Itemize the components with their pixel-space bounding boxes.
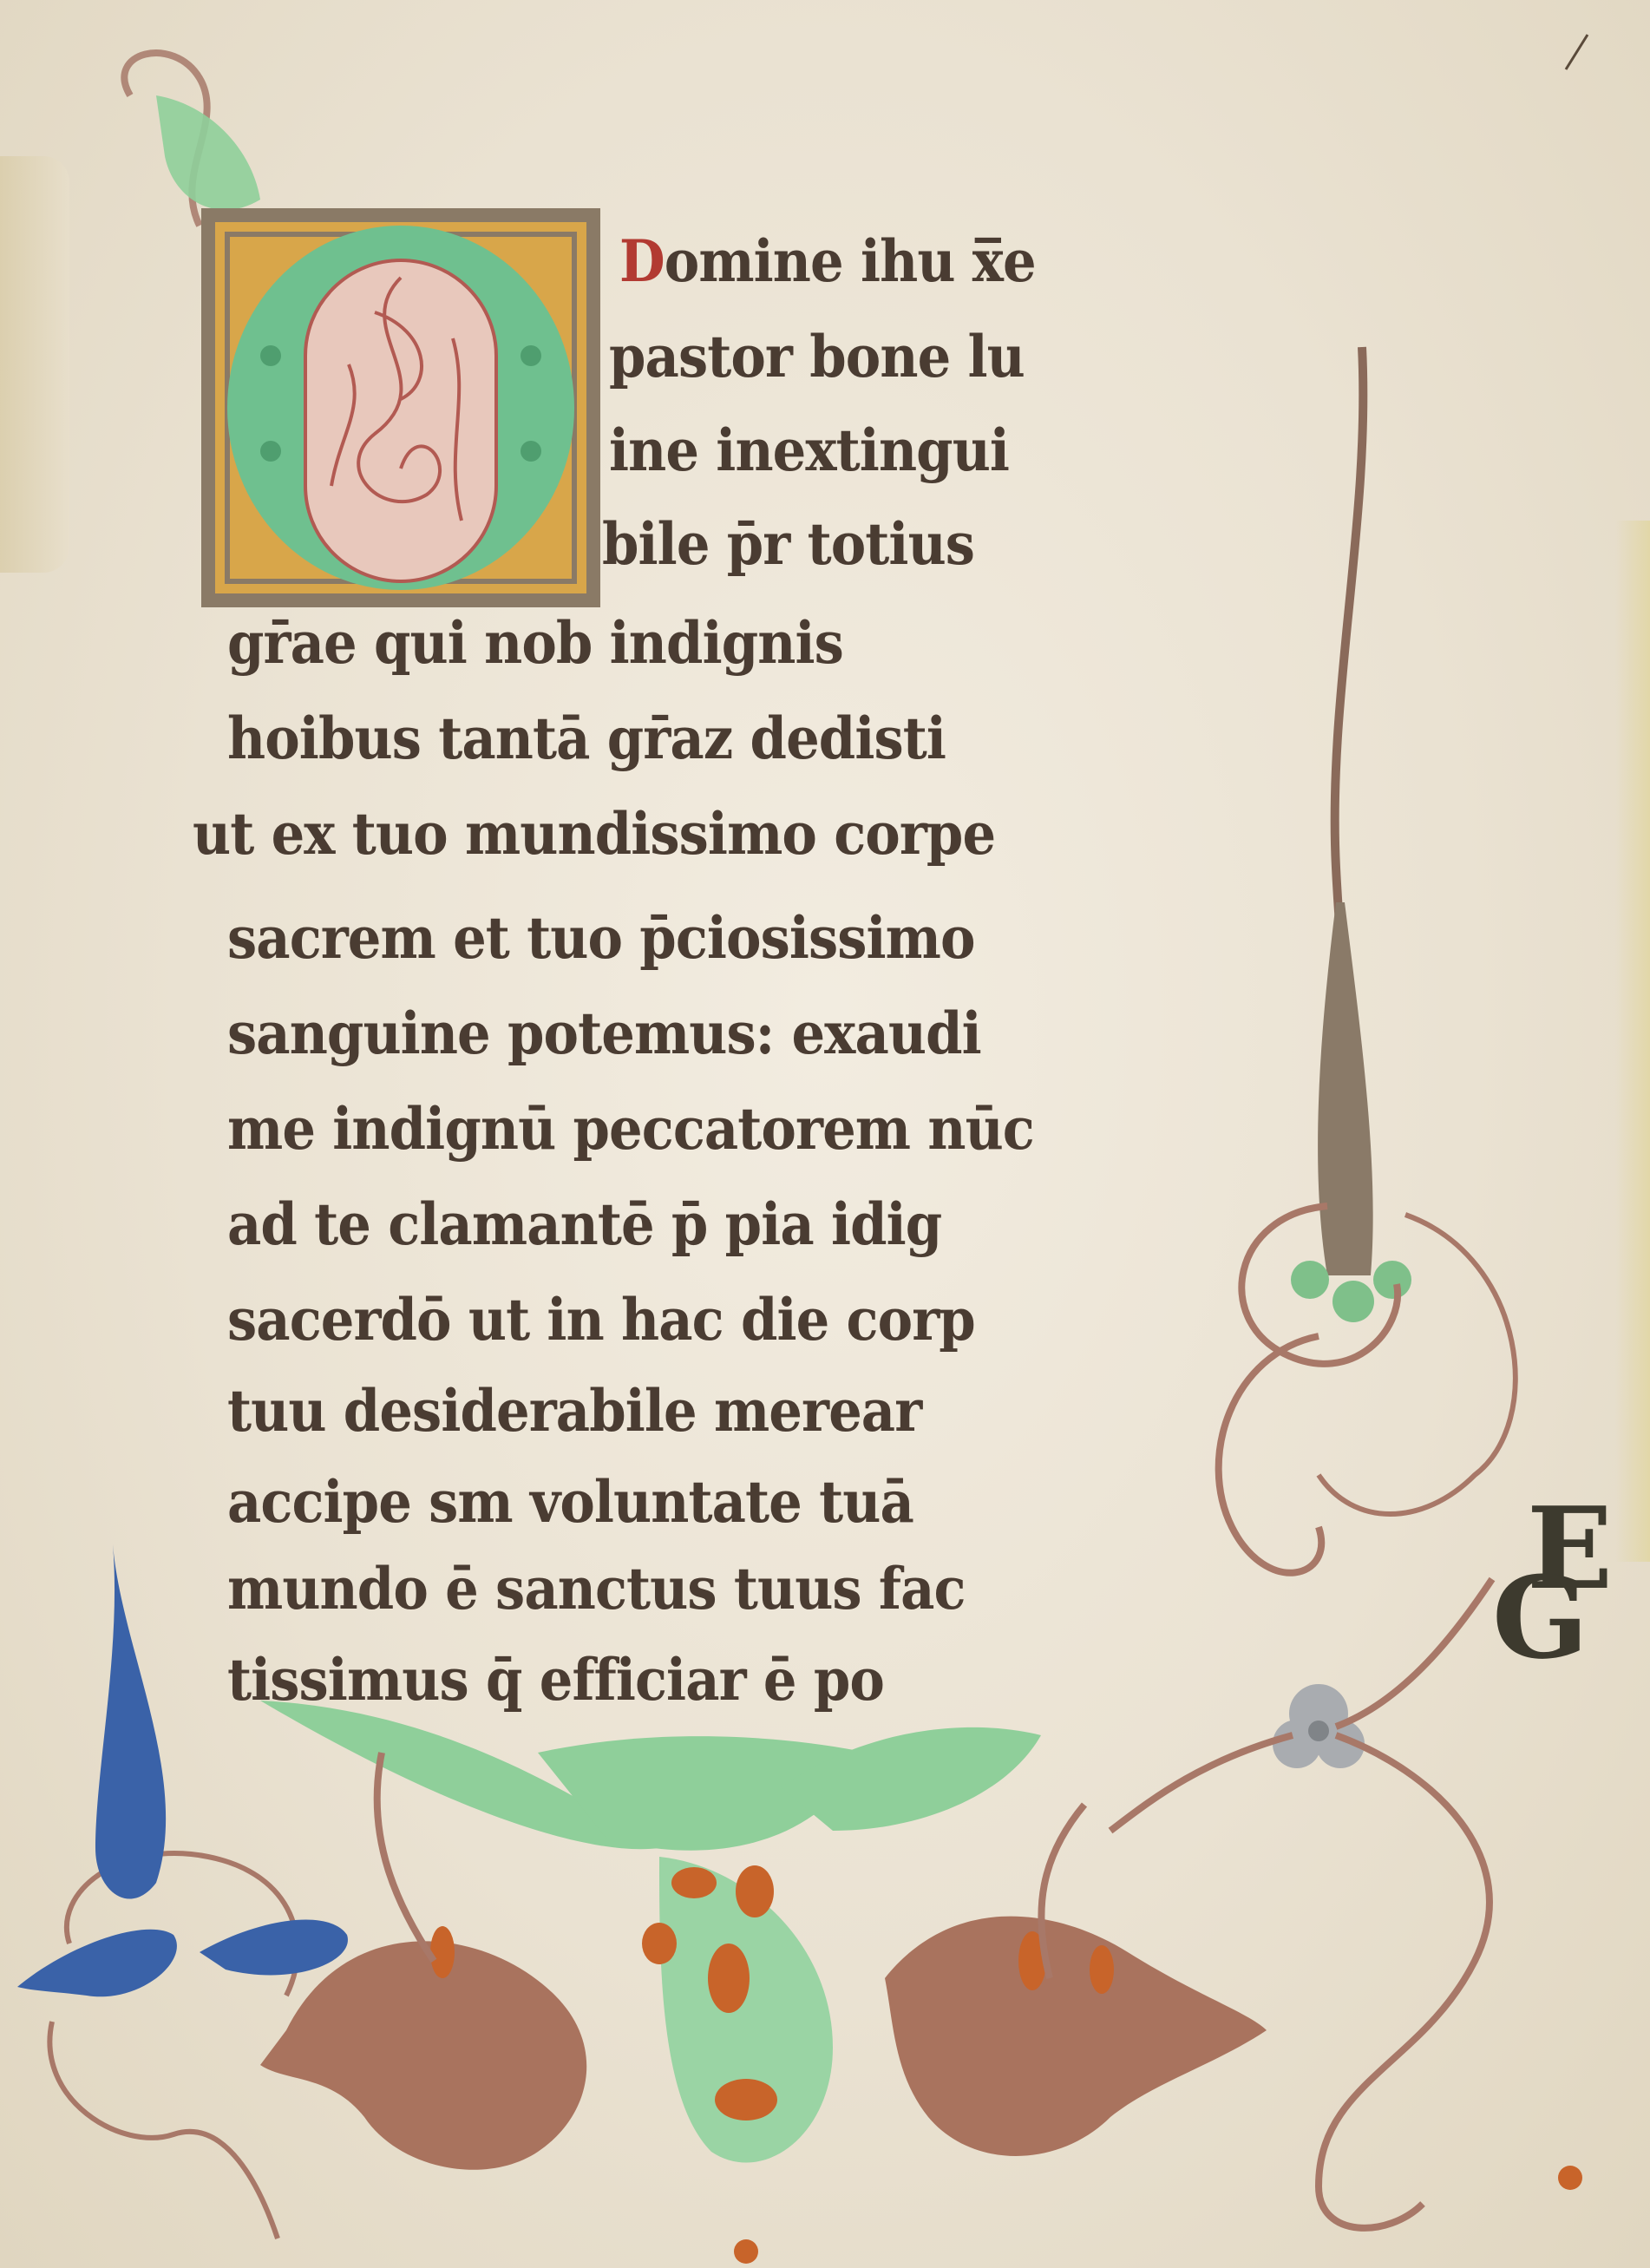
line-text: ine inextingui	[609, 416, 1009, 484]
text-line-7: ut ex tuo mundissimo corpe	[193, 800, 995, 868]
line-text: sanguine potemus: exaudi	[227, 1000, 981, 1067]
line-text: gr̄ae qui nob indignis	[227, 609, 843, 677]
line-text: tissimus q̄ efficiar ē po	[227, 1646, 884, 1714]
text-line-14: accipe sm voluntate tuā	[227, 1468, 913, 1536]
orange-dot-icon	[1558, 2166, 1582, 2190]
line-text: sacerdō ut in hac die corp	[227, 1286, 975, 1354]
text-line-8: sacrem et tuo p̄ciosissimo	[227, 904, 975, 972]
text-line-16: tissimus q̄ efficiar ē po	[227, 1646, 884, 1714]
line-text: ad te clamantē p̄ pia idig	[227, 1190, 941, 1258]
text-line-10: me indignū peccatorem nūc	[227, 1095, 1034, 1163]
right-tendril-icon	[1219, 347, 1516, 1573]
text-line-9: sanguine potemus: exaudi	[227, 1000, 981, 1067]
line-text: sacrem et tuo p̄ciosissimo	[227, 904, 975, 972]
top-left-scroll-icon	[124, 53, 260, 226]
line-text: omine ihu x̅e	[665, 227, 1036, 295]
text-line-13: tuu desiderabile merear	[227, 1377, 921, 1445]
line-text: bile p̄r totius	[602, 510, 974, 578]
line-text: tuu desiderabile merear	[227, 1377, 921, 1445]
brown-acanthus-right-icon	[885, 1917, 1267, 2156]
monogram-letter-g: G	[1492, 1562, 1588, 1675]
text-line-5: gr̄ae qui nob indignis	[227, 609, 843, 677]
rubric-letter: D	[619, 227, 665, 295]
eg-monogram: E G	[1492, 1475, 1648, 1675]
text-line-6: hoibus tantā gr̄az dedisti	[227, 705, 946, 772]
line-text: hoibus tantā gr̄az dedisti	[227, 705, 946, 772]
illuminated-initial: D	[201, 208, 600, 607]
line-text: ut ex tuo mundissimo corpe	[193, 800, 995, 868]
manuscript-page: D Domine ihu x̅e pastor bone lu ine inex…	[0, 0, 1650, 2268]
text-line-15: mundo ē sanctus tuus fac	[227, 1555, 966, 1622]
text-line-1: Domine ihu x̅e	[619, 227, 1036, 295]
line-text: me indignū peccatorem nūc	[227, 1095, 1034, 1163]
silver-flower-icon	[1273, 1684, 1365, 1768]
text-line-3: ine inextingui	[609, 416, 1009, 484]
text-line-2: pastor bone lu	[609, 323, 1025, 390]
line-text: accipe sm voluntate tuā	[227, 1468, 913, 1536]
text-line-11: ad te clamantē p̄ pia idig	[227, 1190, 941, 1258]
line-text: mundo ē sanctus tuus fac	[227, 1555, 966, 1622]
text-line-4: bile p̄r totius	[602, 510, 974, 578]
line-text: pastor bone lu	[609, 323, 1025, 390]
text-line-12: sacerdō ut in hac die corp	[227, 1286, 975, 1354]
